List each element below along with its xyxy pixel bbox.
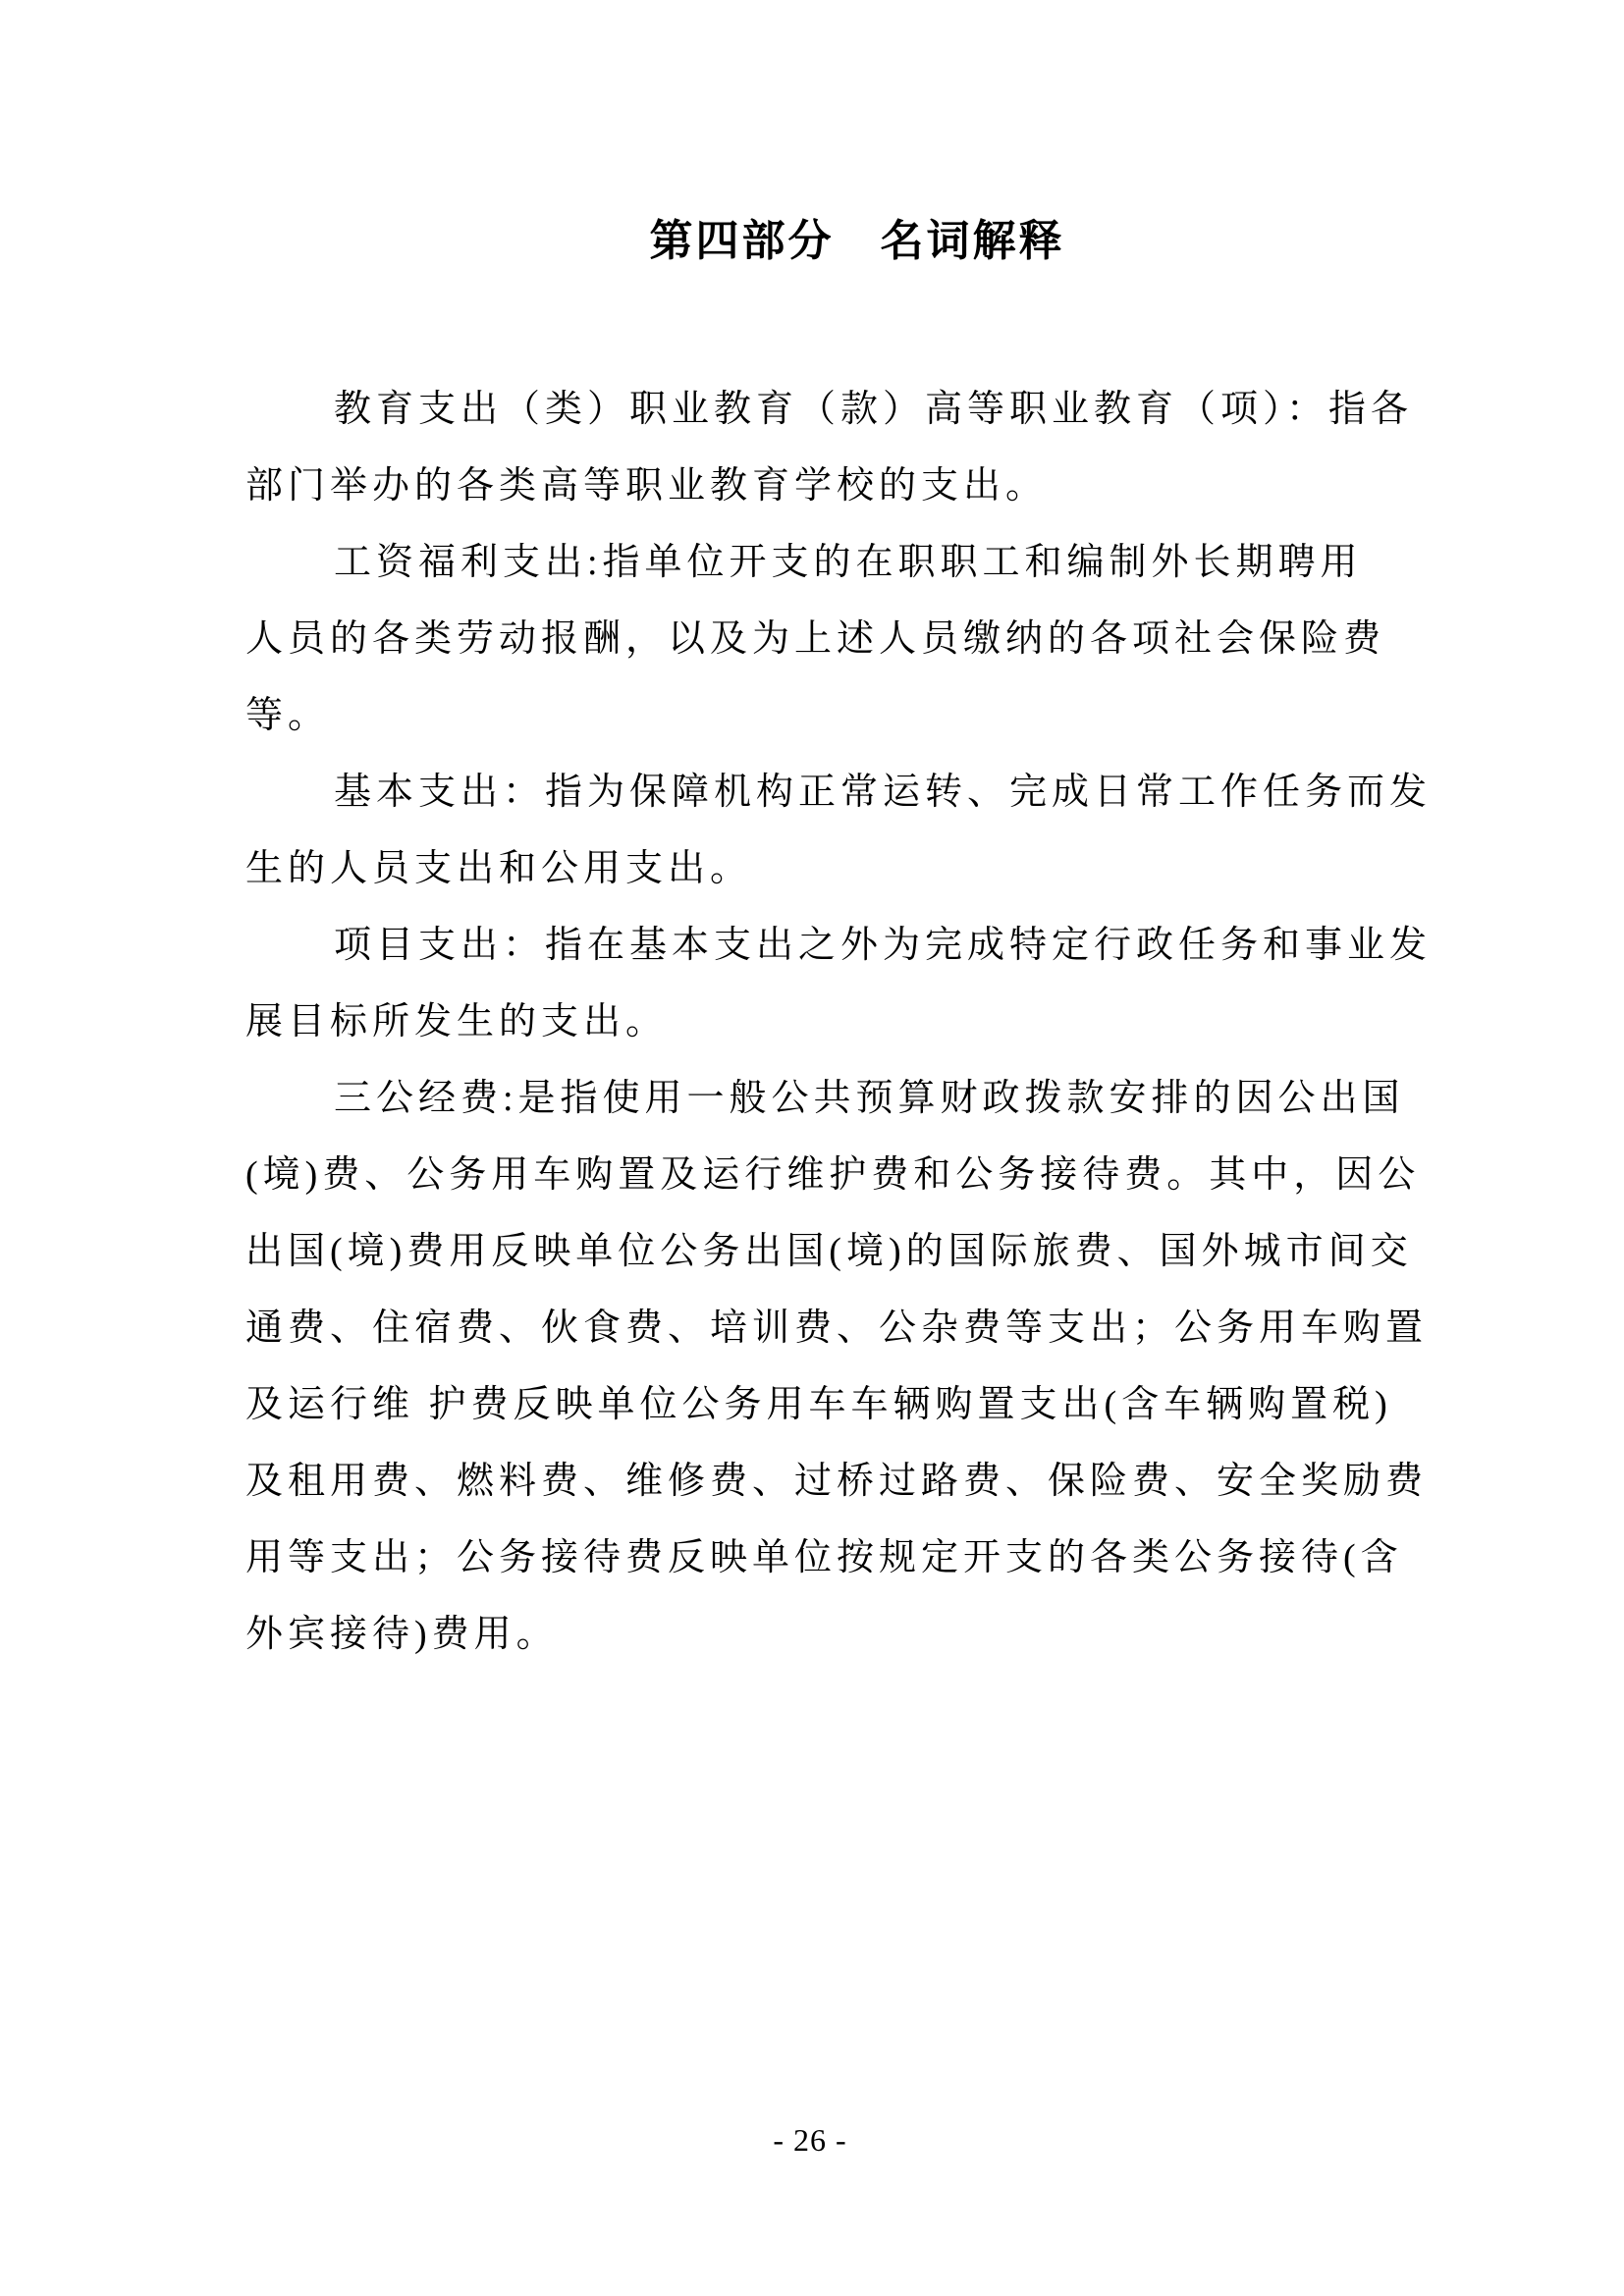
body-line: (境)费、公务用车购置及运行维护费和公务接待费。其中，因公 [245, 1137, 1522, 1213]
body-line: 等。 [245, 677, 1522, 754]
body-line: 人员的各类劳动报酬，以及为上述人员缴纳的各项社会保险费 [245, 601, 1522, 677]
document-page: 第四部分 名词解释 教育支出（类）职业教育（款）高等职业教育（项）：指各 部门举… [0, 0, 1624, 2296]
page-title: 第四部分 名词解释 [299, 215, 1415, 268]
body-line: 出国(境)费用反映单位公务出国(境)的国际旅费、国外城市间交 [245, 1213, 1522, 1290]
body-line: 项目支出：指在基本支出之外为完成特定行政任务和事业发 [245, 907, 1522, 984]
paragraph-basic-expenditure: 基本支出：指为保障机构正常运转、完成日常工作任务而发 生的人员支出和公用支出。 [245, 754, 1522, 907]
body-line: 三公经费:是指使用一般公共预算财政拨款安排的因公出国 [245, 1060, 1522, 1137]
body-line: 通费、住宿费、伙食费、培训费、公杂费等支出；公务用车购置 [245, 1290, 1522, 1366]
paragraph-education-expenditure: 教育支出（类）职业教育（款）高等职业教育（项）：指各 部门举办的各类高等职业教育… [245, 371, 1522, 524]
paragraph-project-expenditure: 项目支出：指在基本支出之外为完成特定行政任务和事业发 展目标所发生的支出。 [245, 907, 1522, 1060]
paragraph-three-public-funds: 三公经费:是指使用一般公共预算财政拨款安排的因公出国 (境)费、公务用车购置及运… [245, 1060, 1522, 1673]
body-line: 用等支出；公务接待费反映单位按规定开支的各类公务接待(含 [245, 1520, 1522, 1596]
body-line: 及运行维 护费反映单位公务用车车辆购置支出(含车辆购置税) [245, 1366, 1522, 1443]
body-line: 外宾接待)费用。 [245, 1596, 1522, 1673]
body-line: 工资福利支出:指单位开支的在职职工和编制外长期聘用 [245, 524, 1522, 601]
document-body: 教育支出（类）职业教育（款）高等职业教育（项）：指各 部门举办的各类高等职业教育… [245, 371, 1522, 1673]
body-line: 教育支出（类）职业教育（款）高等职业教育（项）：指各 [245, 371, 1522, 448]
body-line: 生的人员支出和公用支出。 [245, 830, 1522, 907]
body-line: 基本支出：指为保障机构正常运转、完成日常工作任务而发 [245, 754, 1522, 830]
body-line: 部门举办的各类高等职业教育学校的支出。 [245, 448, 1522, 524]
body-line: 展目标所发生的支出。 [245, 984, 1522, 1060]
body-line: 及租用费、燃料费、维修费、过桥过路费、保险费、安全奖励费 [245, 1443, 1522, 1520]
paragraph-salary-welfare: 工资福利支出:指单位开支的在职职工和编制外长期聘用 人员的各类劳动报酬，以及为上… [245, 524, 1522, 754]
page-number: - 26 - [245, 2120, 1375, 2160]
